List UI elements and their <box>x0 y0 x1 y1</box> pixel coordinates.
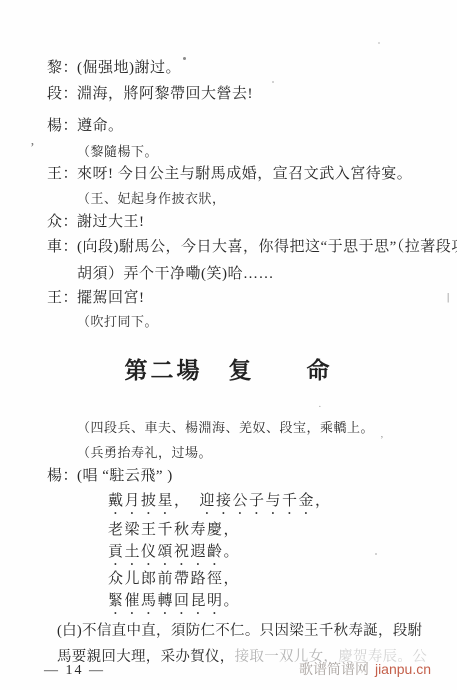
verse-emphasized: 迎接公子与千金 <box>200 493 316 509</box>
scanned-script-page: 黎：(倔强地)謝过。 段：淵海，將阿黎帶回大營去! 楊：遵命。 （黎隨楊下。 王… <box>0 0 457 690</box>
verse-line: 戴月披星， 迎接公子与千金， <box>108 492 332 518</box>
dialogue-line: 王：來呀! 今日公主与駙馬成婚，宣召文武入宮待宴。 <box>47 164 412 184</box>
verse-emphasized: 緊催馬轉回昆明 <box>108 593 224 609</box>
dialogue-line: 众：謝过大王! <box>47 212 145 232</box>
scene-heading: 第二場 复 命 <box>0 352 457 385</box>
dialogue-line: 王：擺駕回宮! <box>47 288 145 308</box>
verse-emphasized: 戴月披星 <box>108 493 174 509</box>
verse-line: 众儿郎前帶路徑， <box>108 570 240 589</box>
verse-emphasized: 貢土仪頌祝遐齡 <box>108 544 224 560</box>
page-number: — 14 — <box>44 663 105 679</box>
stage-direction: （黎隨楊下。 <box>77 143 158 160</box>
spoken-monologue-line: (白)不信直中直，須防仁不仁。只因梁王千秋寿誕，段駙 <box>57 621 422 641</box>
verse-line: 貢土仪頌祝遐齡。 <box>108 543 240 569</box>
speaker-label: 楊： <box>47 466 77 486</box>
dialogue-line: 楊：(唱 “駐云飛” ) <box>47 466 173 486</box>
speaker-label: 王： <box>47 164 77 184</box>
dialogue-text: 來呀! 今日公主与駙馬成婚，宣召文武入宮待宴。 <box>77 166 412 182</box>
verse-punct: ， <box>174 493 200 509</box>
verse-line: 緊催馬轉回昆明。 <box>108 592 240 618</box>
dialogue-line: 段：淵海，將阿黎帶回大營去! <box>47 84 253 104</box>
scan-mark: | <box>447 291 449 303</box>
dialogue-text: (向段)駙馬公，今日大喜，你得把这“于思于思”（拉著段功 <box>77 239 457 255</box>
speaker-label: 楊： <box>47 116 77 136</box>
speaker-label: 車： <box>47 237 77 257</box>
verse-punct: ， <box>315 493 332 509</box>
stage-direction: （王、妃起身作披衣狀， <box>77 190 226 207</box>
stage-direction: （四段兵、車夫、楊淵海、羌奴、段宝，乘轎上。 <box>77 419 374 436</box>
speaker-label: 黎： <box>47 58 77 78</box>
stage-direction: （兵勇抬寿礼，过場。 <box>77 444 212 461</box>
dialogue-line: 楊：遵命。 <box>47 116 124 136</box>
dialogue-text-continued: 胡須）弄个干净嘞(笑)哈…… <box>77 264 274 284</box>
scan-speck <box>378 42 380 44</box>
dialogue-text: 謝过大王! <box>77 214 145 230</box>
scan-speck <box>183 57 186 60</box>
watermark-domain: jianpu.cn <box>375 661 431 677</box>
speaker-label: 段： <box>47 84 77 104</box>
dialogue-text: 遵命。 <box>77 118 124 134</box>
dialogue-text: 淵海，將阿黎帶回大營去! <box>77 86 253 102</box>
watermark-site: 歌谱简谱网 <box>299 661 369 677</box>
scan-mark: ‚ <box>380 428 384 440</box>
scan-mark: ’ <box>30 141 35 157</box>
scan-mark: · <box>318 401 322 413</box>
dialogue-text: 擺駕回宮! <box>77 290 145 306</box>
speaker-label: 众： <box>47 212 77 232</box>
speaker-label: 王： <box>47 288 77 308</box>
dialogue-line: 黎：(倔强地)謝过。 <box>47 58 181 78</box>
verse-line: 老梁王千秋寿慶， <box>108 521 240 540</box>
scan-speck <box>272 81 274 83</box>
verse-punct: 。 <box>224 544 241 560</box>
stage-direction: （吹打同下。 <box>77 313 158 330</box>
scan-speck <box>375 553 377 555</box>
dialogue-text: (倔强地)謝过。 <box>77 60 181 76</box>
watermark: 歌谱简谱网jianpu.cn <box>299 659 431 679</box>
verse-punct: 。 <box>224 593 241 609</box>
dialogue-line: 車：(向段)駙馬公，今日大喜，你得把这“于思于思”（拉著段功 <box>47 237 457 257</box>
song-tune-intro: (唱 “駐云飛” ) <box>77 468 173 484</box>
